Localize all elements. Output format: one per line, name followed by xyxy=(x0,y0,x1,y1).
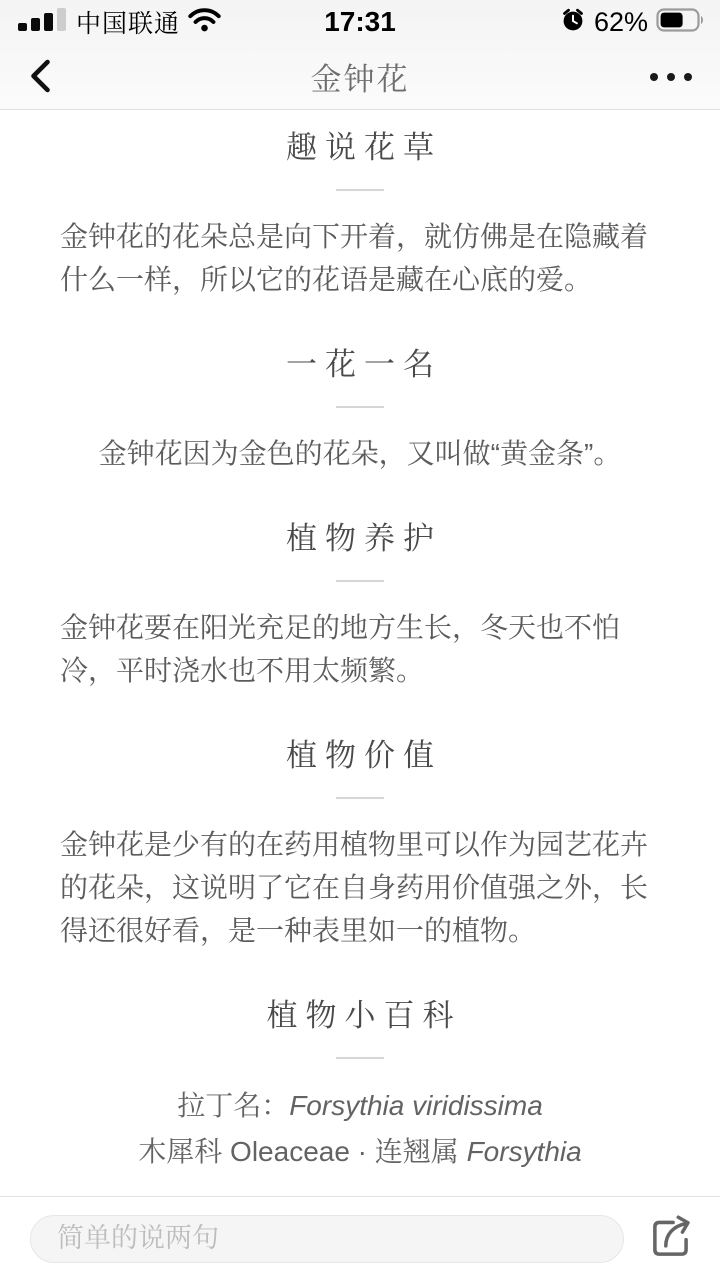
section-paragraph: 金钟花是少有的在药用植物里可以作为园艺花卉的花朵，这说明了它在自身药用价值强之外… xyxy=(60,823,660,952)
section-heading: 一花一名 xyxy=(60,343,660,386)
section-fun-facts: 趣说花草 金钟花的花朵总是向下开着，就仿佛是在隐藏着什么一样，所以它的花语是藏在… xyxy=(60,126,660,301)
section-divider xyxy=(336,189,384,191)
section-paragraph: 金钟花因为金色的花朵，又叫做“黄金条”。 xyxy=(60,432,660,475)
section-paragraph: 金钟花的花朵总是向下开着，就仿佛是在隐藏着什么一样，所以它的花语是藏在心底的爱。 xyxy=(60,215,660,301)
section-heading: 植物养护 xyxy=(60,517,660,560)
share-arrow-icon xyxy=(643,1211,699,1266)
genus-value: Forsythia xyxy=(467,1136,582,1167)
latin-name-line: 拉丁名：Forsythia viridissima xyxy=(60,1083,660,1129)
comment-bar xyxy=(0,1196,720,1280)
comment-input[interactable] xyxy=(30,1215,624,1263)
section-encyclopedia: 植物小百科 拉丁名：Forsythia viridissima 木犀科 Olea… xyxy=(60,994,660,1175)
section-paragraph: 金钟花要在阳光充足的地方生长，冬天也不怕冷，平时浇水也不用太频繁。 xyxy=(60,606,660,692)
family-label: 木犀科 Oleaceae · 连翘属 xyxy=(138,1136,466,1167)
family-genus-line: 木犀科 Oleaceae · 连翘属 Forsythia xyxy=(60,1129,660,1175)
battery-percent-label: 62% xyxy=(594,7,648,38)
encyclopedia-info: 拉丁名：Forsythia viridissima 木犀科 Oleaceae ·… xyxy=(60,1083,660,1175)
ellipsis-icon xyxy=(667,73,675,81)
status-bar: 中国联通 17:31 62% xyxy=(0,0,720,44)
section-plant-value: 植物价值 金钟花是少有的在药用植物里可以作为园艺花卉的花朵，这说明了它在自身药用… xyxy=(60,734,660,952)
latin-name-value: Forsythia viridissima xyxy=(289,1090,543,1121)
section-divider xyxy=(336,580,384,582)
chevron-left-icon xyxy=(28,59,52,96)
app-header: 中国联通 17:31 62% xyxy=(0,0,720,110)
section-heading: 植物价值 xyxy=(60,734,660,777)
section-plant-care: 植物养护 金钟花要在阳光充足的地方生长，冬天也不怕冷，平时浇水也不用太频繁。 xyxy=(60,517,660,692)
article-content: 趣说花草 金钟花的花朵总是向下开着，就仿佛是在隐藏着什么一样，所以它的花语是藏在… xyxy=(0,110,720,1175)
alarm-clock-icon xyxy=(560,7,586,38)
more-options-button[interactable] xyxy=(650,66,692,88)
section-divider xyxy=(336,1057,384,1059)
nav-bar: 金钟花 xyxy=(0,44,720,109)
back-button[interactable] xyxy=(28,58,64,96)
latin-name-label: 拉丁名： xyxy=(177,1090,289,1121)
share-button[interactable] xyxy=(640,1212,702,1266)
section-flower-name: 一花一名 金钟花因为金色的花朵，又叫做“黄金条”。 xyxy=(60,343,660,475)
battery-icon xyxy=(656,8,706,37)
section-heading: 植物小百科 xyxy=(60,994,660,1037)
ellipsis-icon xyxy=(650,73,658,81)
section-divider xyxy=(336,797,384,799)
section-heading: 趣说花草 xyxy=(60,126,660,169)
ellipsis-icon xyxy=(684,73,692,81)
page-title: 金钟花 xyxy=(311,54,410,99)
section-divider xyxy=(336,406,384,408)
